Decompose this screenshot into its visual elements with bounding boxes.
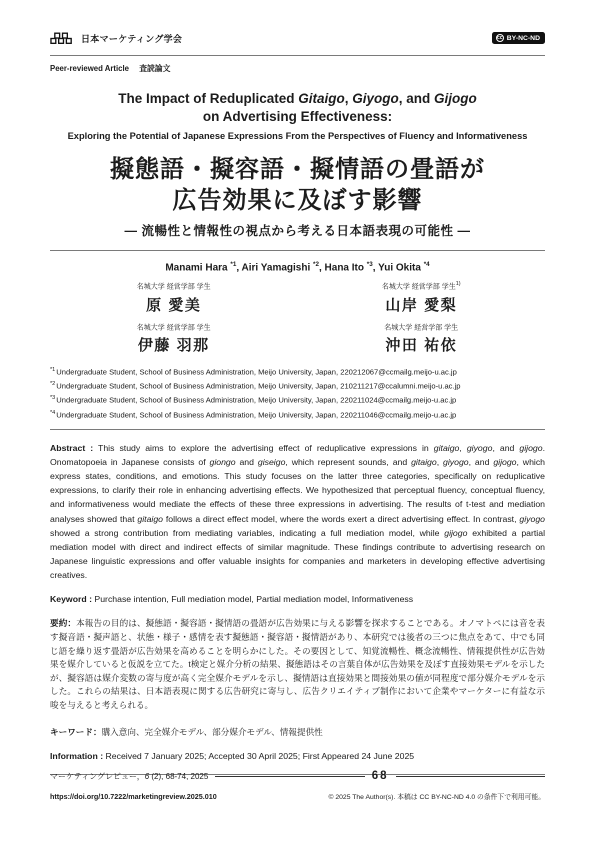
footer-meta-row: https://doi.org/10.7222/marketingreview.… — [50, 791, 545, 801]
abstract-paragraph: Abstract : This study aims to explore th… — [50, 441, 545, 583]
author-block: 名城大学 経営学部 学生 沖田 祐依 — [298, 322, 546, 355]
keywords-text: Purchase intention, Full mediation model… — [94, 594, 413, 604]
author-footnotes: *1Undergraduate Student, School of Busin… — [50, 365, 545, 422]
society-brand: 日本マーケティング学会 — [50, 32, 182, 45]
page-number: 68 — [372, 770, 389, 782]
header-divider — [50, 55, 545, 56]
title-divider — [50, 250, 545, 251]
doi-link[interactable]: https://doi.org/10.7222/marketingreview.… — [50, 792, 217, 801]
society-name: 日本マーケティング学会 — [81, 32, 182, 45]
footnote-line: *4Undergraduate Student, School of Busin… — [50, 408, 545, 422]
footnote-text: Undergraduate Student, School of Busines… — [56, 396, 456, 405]
footer-rule-left — [215, 776, 364, 777]
footer-rule-right — [396, 776, 545, 777]
footnote-line: *1Undergraduate Student, School of Busin… — [50, 365, 545, 379]
article-type-en: Peer-reviewed Article — [50, 64, 129, 73]
title-japanese-line2: 広告効果に及ぼす影響 — [50, 185, 545, 216]
summary-japanese: 要約：本報告の目的は、擬態語・擬容語・擬情語の畳語が広告効果に与える影響を探求す… — [50, 617, 545, 712]
affiliation-note: 1) — [456, 281, 461, 287]
society-logo-icon — [50, 32, 76, 45]
cc-license-badge: cc BY-NC-ND — [492, 32, 545, 44]
journal-header: 日本マーケティング学会 cc BY-NC-ND — [50, 30, 545, 46]
article-type-ja: 査読論文 — [139, 64, 170, 73]
authors-divider — [50, 429, 545, 430]
affiliation-text: 名城大学 経営学部 学生 — [137, 324, 211, 331]
cc-icon: cc — [496, 34, 504, 42]
abstract-label: Abstract : — [50, 443, 93, 453]
paper-page: 日本マーケティング学会 cc BY-NC-ND Peer-reviewed Ar… — [0, 0, 595, 842]
author-name: 原 愛美 — [50, 294, 298, 315]
author-affiliation: 名城大学 経営学部 学生1) — [298, 281, 546, 291]
summary-text: 本報告の目的は、擬態語・擬容語・擬情語の畳語が広告効果に与える影響を探求すること… — [50, 618, 545, 709]
footer-citation-row: マーケティングレビュー，6 (2), 68-74, 2025 68 — [50, 770, 545, 782]
author-name: 伊藤 羽那 — [50, 334, 298, 355]
information-line: Information : Received 7 January 2025; A… — [50, 751, 545, 761]
keywords-label: Keyword : — [50, 594, 92, 604]
copyright-notice: © 2025 The Author(s). 本稿は CC BY-NC-ND 4.… — [328, 791, 545, 801]
author-affiliation: 名城大学 経営学部 学生 — [298, 322, 546, 332]
summary-label: 要約： — [50, 618, 76, 628]
footnote-text: Undergraduate Student, School of Busines… — [56, 410, 456, 419]
footnote-line: *3Undergraduate Student, School of Busin… — [50, 393, 545, 407]
authors-english-line: Manami Hara *1, Airi Yamagishi *2, Hana … — [50, 261, 545, 273]
keywords-japanese-label: キーワード： — [50, 727, 102, 737]
authors-grid: 名城大学 経営学部 学生 原 愛美 名城大学 経営学部 学生1) 山岸 愛梨 名… — [50, 281, 545, 355]
keywords-japanese-text: 購入意向、完全媒介モデル、部分媒介モデル、情報提供性 — [102, 727, 323, 737]
page-footer: マーケティングレビュー，6 (2), 68-74, 2025 68 https:… — [50, 770, 545, 801]
article-type: Peer-reviewed Article 査読論文 — [50, 63, 545, 74]
affiliation-text: 名城大学 経営学部 学生 — [384, 324, 458, 331]
title-english-line1: The Impact of Reduplicated Gitaigo, Giyo… — [50, 90, 545, 108]
title-english: The Impact of Reduplicated Gitaigo, Giyo… — [50, 90, 545, 126]
subtitle-english: Exploring the Potential of Japanese Expr… — [50, 131, 545, 141]
footnote-text: Undergraduate Student, School of Busines… — [56, 368, 457, 377]
footnote-marker: *4 — [50, 410, 55, 416]
keywords-japanese-line: キーワード：購入意向、完全媒介モデル、部分媒介モデル、情報提供性 — [50, 726, 545, 738]
author-block: 名城大学 経営学部 学生 原 愛美 — [50, 281, 298, 314]
title-japanese-line1: 擬態語・擬容語・擬情語の畳語が — [50, 154, 545, 185]
footnote-marker: *1 — [50, 367, 55, 373]
author-name: 山岸 愛梨 — [298, 294, 546, 315]
abstract-text: This study aims to explore the advertisi… — [50, 443, 545, 581]
author-block: 名城大学 経営学部 学生 伊藤 羽那 — [50, 322, 298, 355]
information-label: Information : — [50, 751, 103, 761]
title-japanese: 擬態語・擬容語・擬情語の畳語が 広告効果に及ぼす影響 — [50, 154, 545, 216]
author-name: 沖田 祐依 — [298, 334, 546, 355]
author-affiliation: 名城大学 経営学部 学生 — [50, 281, 298, 291]
footnote-text: Undergraduate Student, School of Busines… — [56, 382, 460, 391]
affiliation-text: 名城大学 経営学部 学生 — [137, 284, 211, 291]
footnote-line: *2Undergraduate Student, School of Busin… — [50, 379, 545, 393]
author-block: 名城大学 経営学部 学生1) 山岸 愛梨 — [298, 281, 546, 314]
author-affiliation: 名城大学 経営学部 学生 — [50, 322, 298, 332]
affiliation-text: 名城大学 経営学部 学生 — [382, 284, 456, 291]
journal-citation: マーケティングレビュー，6 (2), 68-74, 2025 — [50, 771, 208, 782]
keywords-line: Keyword : Purchase intention, Full media… — [50, 594, 545, 604]
information-text: Received 7 January 2025; Accepted 30 Apr… — [106, 751, 415, 761]
title-english-line2: on Advertising Effectiveness: — [50, 108, 545, 126]
footnote-marker: *2 — [50, 381, 55, 387]
subtitle-japanese: ― 流暢性と情報性の視点から考える日本語表現の可能性 ― — [50, 221, 545, 239]
footnote-marker: *3 — [50, 395, 55, 401]
cc-license-label: BY-NC-ND — [507, 35, 540, 42]
